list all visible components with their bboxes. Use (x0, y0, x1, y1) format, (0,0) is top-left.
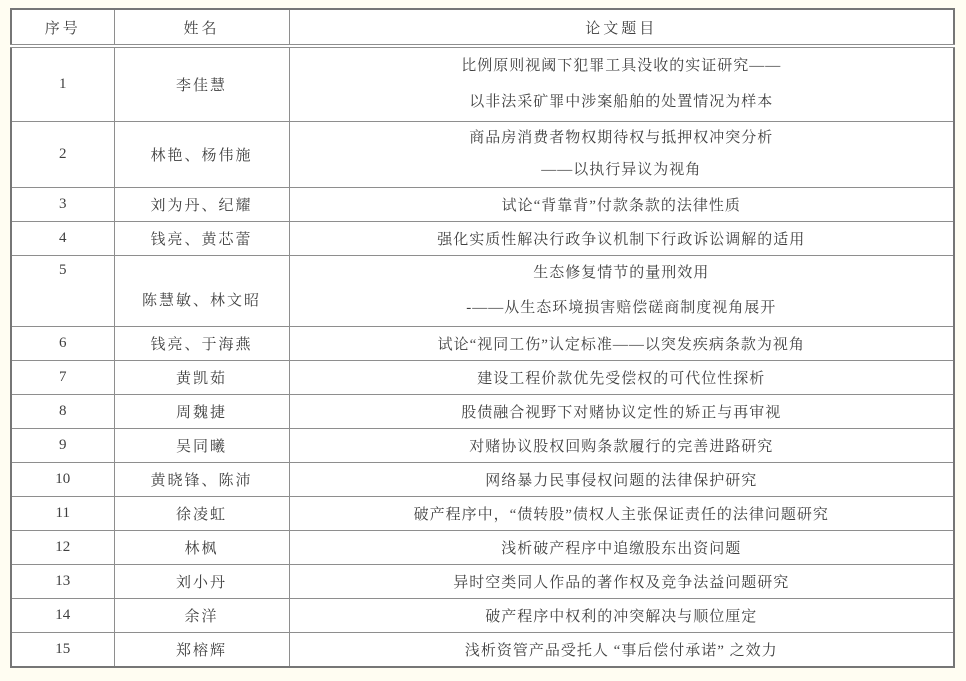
name-cell: 吴同曦 (114, 429, 289, 463)
title-cell: 试论“背靠背”付款条款的法律性质 (289, 188, 954, 222)
title-cell: 浅析破产程序中追缴股东出资问题 (289, 531, 954, 565)
serial-cell: 2 (11, 122, 114, 188)
name-cell: 黄凯茹 (114, 361, 289, 395)
title-line: 商品房消费者物权期待权与抵押权冲突分析 (469, 131, 773, 146)
name-cell: 林枫 (114, 531, 289, 565)
title-cell: 破产程序中，“债转股”债权人主张保证责任的法律问题研究 (289, 497, 954, 531)
name-cell: 余洋 (114, 599, 289, 633)
serial-cell: 8 (11, 395, 114, 429)
document-page: 序号 姓名 论文题目 1 李佳慧 比例原则视阈下犯罪工具没收的实证研究—— 以非… (0, 0, 966, 681)
table-row: 8 周魏捷 股债融合视野下对赌协议定性的矫正与再审视 (11, 395, 954, 429)
name-cell: 黄晓锋、陈沛 (114, 463, 289, 497)
serial-cell: 4 (11, 222, 114, 256)
title-cell: 强化实质性解决行政争议机制下行政诉讼调解的适用 (289, 222, 954, 256)
title-cell: 建设工程价款优先受偿权的可代位性探析 (289, 361, 954, 395)
table-row: 6 钱亮、于海燕 试论“视同工伤”认定标准——以突发疾病条款为视角 (11, 327, 954, 361)
name-cell: 钱亮、于海燕 (114, 327, 289, 361)
title-line: 比例原则视阈下犯罪工具没收的实证研究—— (461, 59, 781, 74)
table-row: 15 郑榕辉 浅析资管产品受托人 “事后偿付承诺” 之效力 (11, 633, 954, 667)
serial-cell: 5 (11, 256, 114, 327)
title-cell: 异时空类同人作品的著作权及竞争法益问题研究 (289, 565, 954, 599)
table-row: 11 徐凌虹 破产程序中，“债转股”债权人主张保证责任的法律问题研究 (11, 497, 954, 531)
name-cell: 周魏捷 (114, 395, 289, 429)
title-line: 生态修复情节的量刑效用 (533, 266, 709, 281)
table-row: 10 黄晓锋、陈沛 网络暴力民事侵权问题的法律保护研究 (11, 463, 954, 497)
title-cell: 试论“视同工伤”认定标准——以突发疾病条款为视角 (289, 327, 954, 361)
name-cell: 钱亮、黄芯蕾 (114, 222, 289, 256)
name-cell: 李佳慧 (114, 46, 289, 122)
header-name: 姓名 (114, 9, 289, 46)
table-row: 2 林艳、杨伟施 商品房消费者物权期待权与抵押权冲突分析 ——以执行异议为视角 (11, 122, 954, 188)
serial-cell: 11 (11, 497, 114, 531)
table-row: 14 余洋 破产程序中权利的冲突解决与顺位厘定 (11, 599, 954, 633)
serial-cell: 15 (11, 633, 114, 667)
serial-cell: 1 (11, 46, 114, 122)
table-row: 13 刘小丹 异时空类同人作品的著作权及竞争法益问题研究 (11, 565, 954, 599)
name-cell: 徐凌虹 (114, 497, 289, 531)
title-cell: 浅析资管产品受托人 “事后偿付承诺” 之效力 (289, 633, 954, 667)
serial-cell: 10 (11, 463, 114, 497)
serial-cell: 12 (11, 531, 114, 565)
header-title: 论文题目 (289, 9, 954, 46)
title-cell: 对赌协议股权回购条款履行的完善进路研究 (289, 429, 954, 463)
serial-cell: 13 (11, 565, 114, 599)
title-cell: 股债融合视野下对赌协议定性的矫正与再审视 (289, 395, 954, 429)
table-row: 12 林枫 浅析破产程序中追缴股东出资问题 (11, 531, 954, 565)
name-cell: 林艳、杨伟施 (114, 122, 289, 188)
title-cell: 生态修复情节的量刑效用 -——从生态环境损害赔偿磋商制度视角展开 (289, 256, 954, 327)
table-row: 4 钱亮、黄芯蕾 强化实质性解决行政争议机制下行政诉讼调解的适用 (11, 222, 954, 256)
serial-cell: 14 (11, 599, 114, 633)
serial-cell: 7 (11, 361, 114, 395)
title-cell: 破产程序中权利的冲突解决与顺位厘定 (289, 599, 954, 633)
serial-cell: 3 (11, 188, 114, 222)
title-cell: 比例原则视阈下犯罪工具没收的实证研究—— 以非法采矿罪中涉案船舶的处置情况为样本 (289, 46, 954, 122)
name-cell: 陈慧敏、林文昭 (114, 256, 289, 327)
table-row: 5 陈慧敏、林文昭 生态修复情节的量刑效用 -——从生态环境损害赔偿磋商制度视角… (11, 256, 954, 327)
serial-cell: 9 (11, 429, 114, 463)
name-cell: 刘小丹 (114, 565, 289, 599)
title-cell: 商品房消费者物权期待权与抵押权冲突分析 ——以执行异议为视角 (289, 122, 954, 188)
table-row: 9 吴同曦 对赌协议股权回购条款履行的完善进路研究 (11, 429, 954, 463)
papers-table: 序号 姓名 论文题目 1 李佳慧 比例原则视阈下犯罪工具没收的实证研究—— 以非… (10, 8, 955, 668)
name-cell: 郑榕辉 (114, 633, 289, 667)
title-cell: 网络暴力民事侵权问题的法律保护研究 (289, 463, 954, 497)
header-serial: 序号 (11, 9, 114, 46)
table-row: 1 李佳慧 比例原则视阈下犯罪工具没收的实证研究—— 以非法采矿罪中涉案船舶的处… (11, 46, 954, 122)
table-row: 7 黄凯茹 建设工程价款优先受偿权的可代位性探析 (11, 361, 954, 395)
table-row: 3 刘为丹、纪耀 试论“背靠背”付款条款的法律性质 (11, 188, 954, 222)
serial-cell: 6 (11, 327, 114, 361)
header-row: 序号 姓名 论文题目 (11, 9, 954, 46)
title-line: -——从生态环境损害赔偿磋商制度视角展开 (466, 301, 776, 316)
title-line: 以非法采矿罪中涉案船舶的处置情况为样本 (469, 95, 773, 110)
name-cell: 刘为丹、纪耀 (114, 188, 289, 222)
title-line: ——以执行异议为视角 (541, 163, 701, 178)
